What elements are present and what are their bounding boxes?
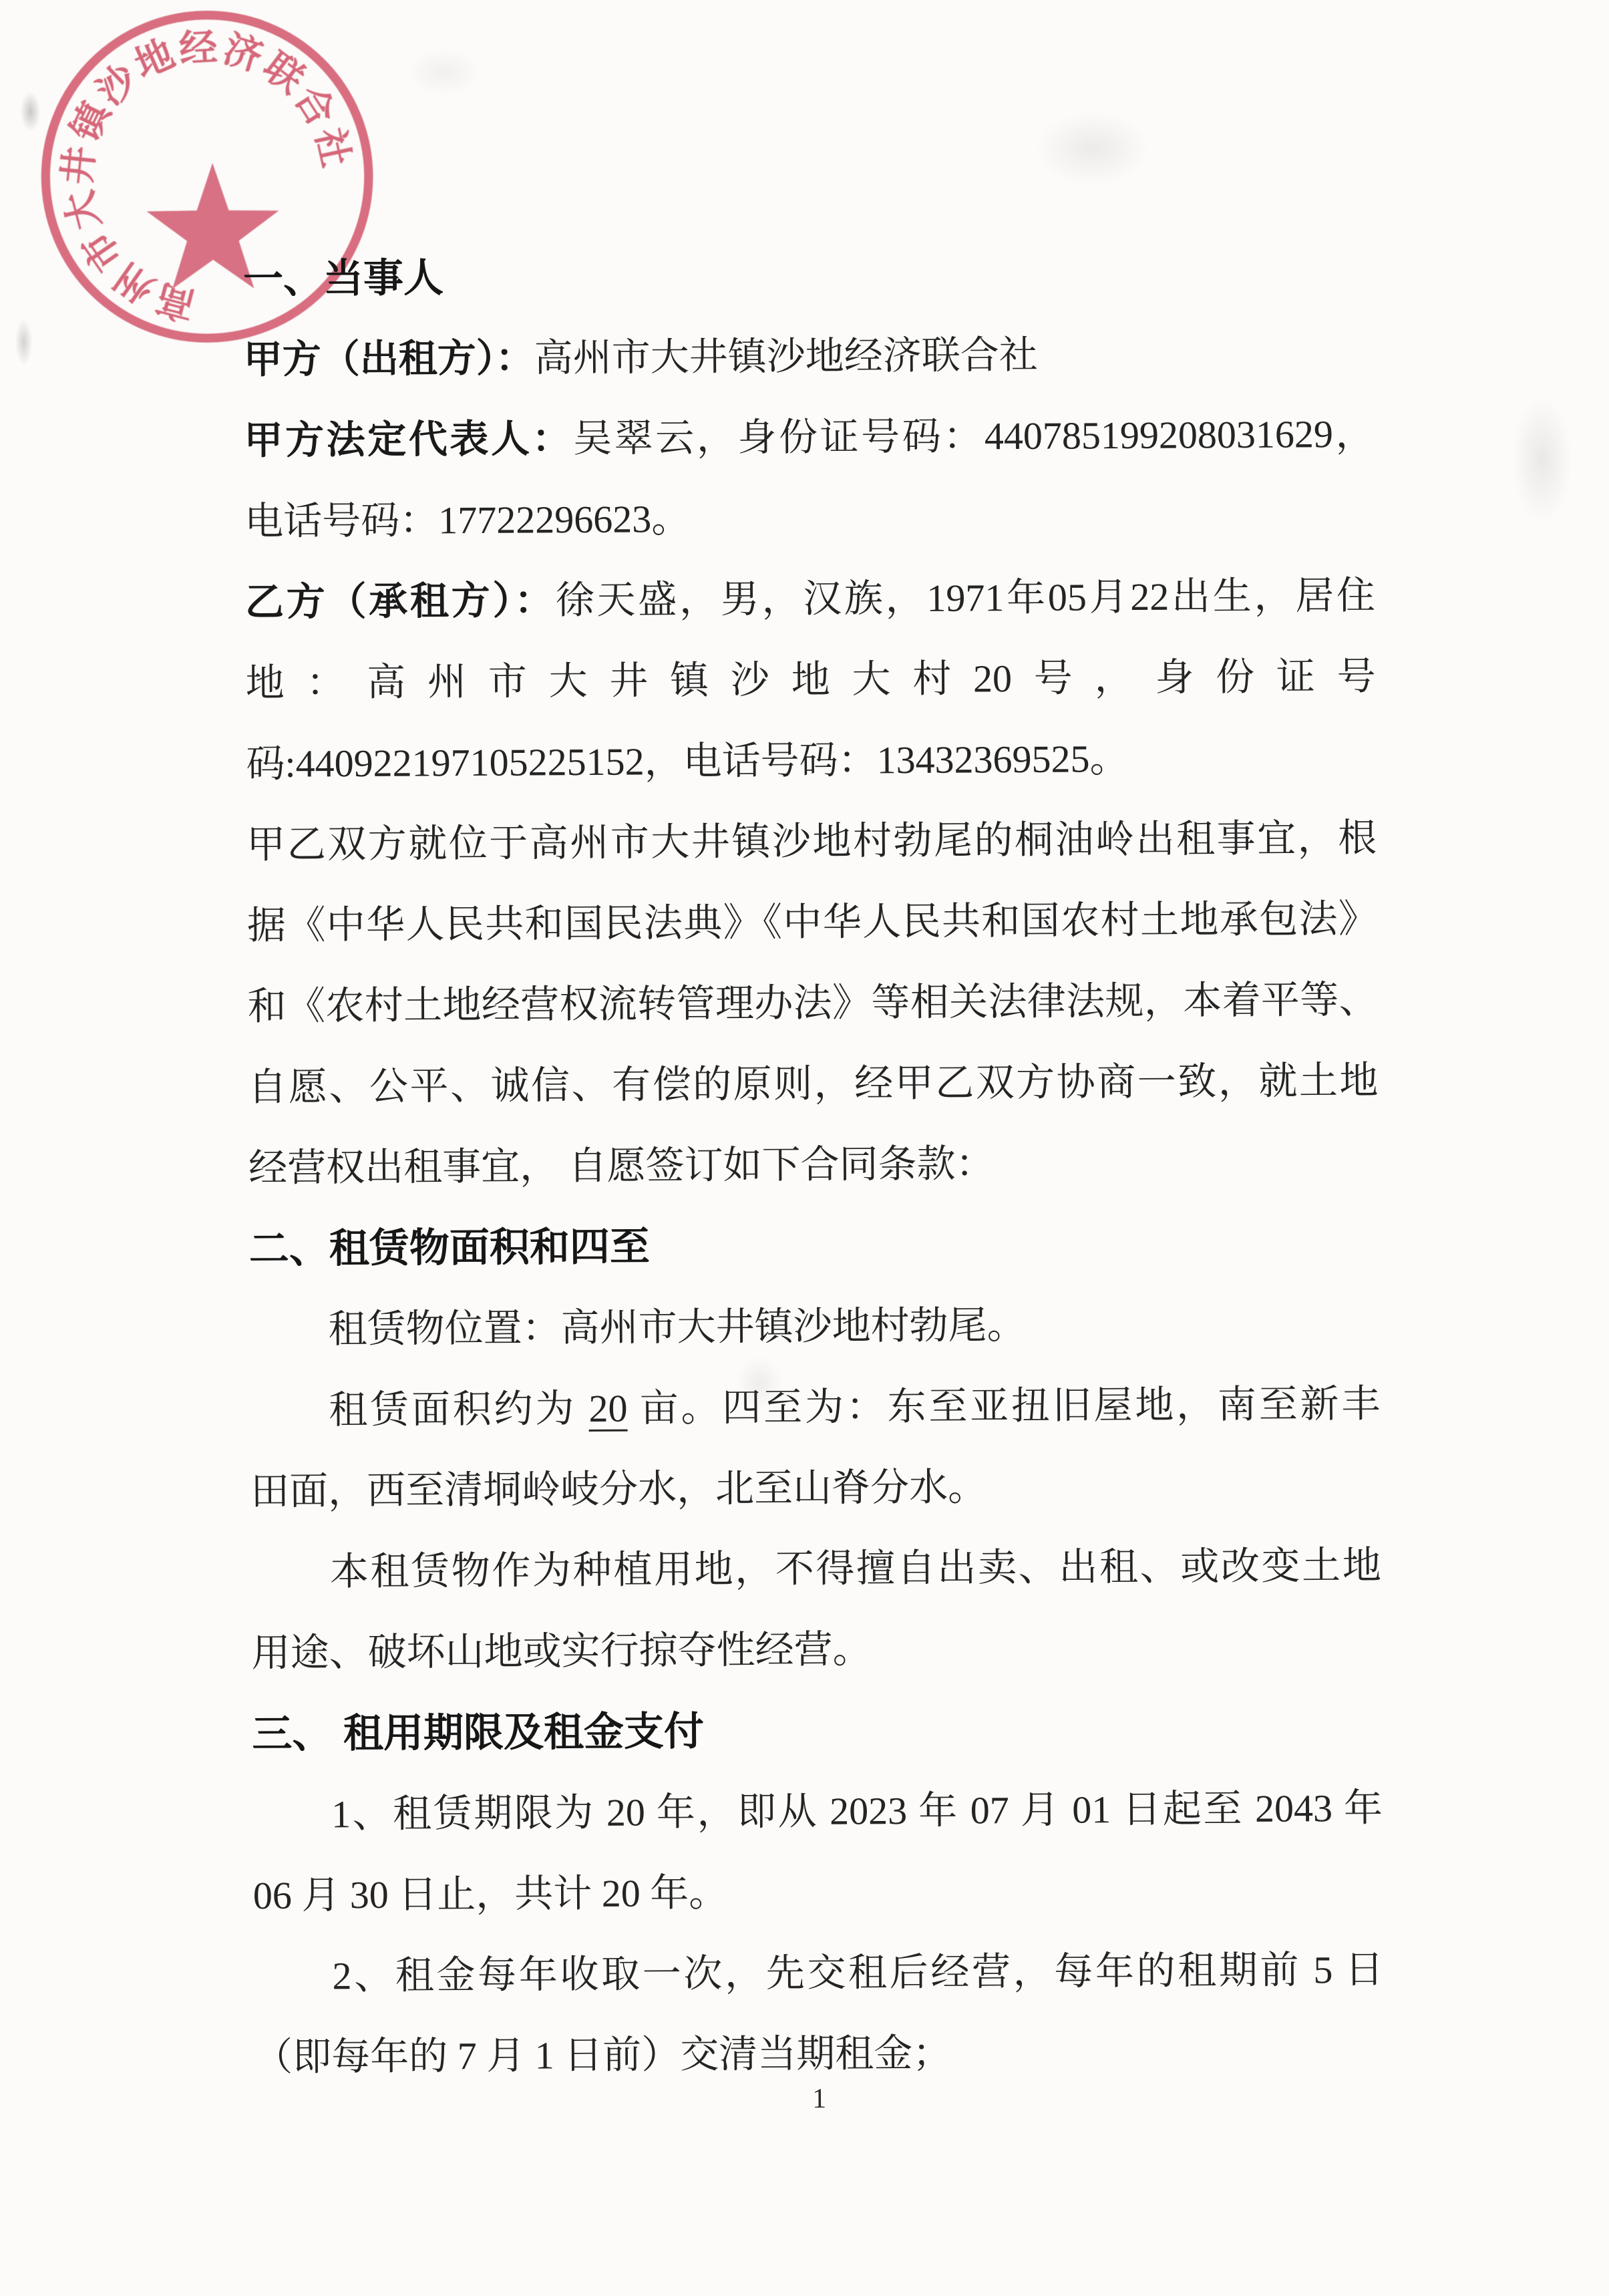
document-line: 1、租赁期限为 20 年，即从 2023 年 07 月 01 日起至 2043 … xyxy=(252,1768,1383,1855)
text-segment: 高州市大井镇沙地经济联合社 xyxy=(534,333,1038,380)
document-line: 06 月 30 日止，共计 20 年。 xyxy=(252,1848,1383,1936)
text-segment: 1、租赁期限为 20 年，即从 2023 年 07 月 01 日起至 2043 … xyxy=(331,1786,1383,1836)
text-segment: 20 xyxy=(588,1387,627,1430)
document-line: 乙方（承租方）：徐天盛，男，汉族，1971年05月22出生，居住 xyxy=(245,555,1376,643)
document-line: 2、租金每年收取一次，先交租后经营，每年的租期前 5 日 xyxy=(253,1929,1384,2017)
text-segment: 甲方法定代表人： xyxy=(244,417,573,462)
text-segment: 2、租金每年收取一次，先交租后经营，每年的租期前 5 日 xyxy=(332,1948,1383,1998)
document-line: 甲乙双方就位于高州市大井镇沙地村勃尾的桐油岭出租事宜，根 xyxy=(246,798,1377,885)
text-segment: 自愿、公平、诚信、有偿的原则，经甲乙双方协商一致，就土地 xyxy=(248,1059,1378,1109)
scan-ink-mark xyxy=(15,319,32,365)
text-segment: 田面，西至清垌岭岐分水，北至山脊分水。 xyxy=(250,1465,987,1513)
text-segment: 地：高州市大井镇沙地大村20号，身份证号 xyxy=(246,655,1376,705)
document-body: 一、当事人甲方（出租方）：高州市大井镇沙地经济联合社甲方法定代表人：吴翠云，身份… xyxy=(243,232,1385,2098)
text-segment: 一、当事人 xyxy=(243,255,443,301)
text-segment: 乙方（承租方）： xyxy=(245,579,556,624)
document-line: 甲方（出租方）：高州市大井镇沙地经济联合社 xyxy=(243,313,1374,400)
scan-smudge xyxy=(1511,396,1572,524)
text-segment: 电话号码：17722296623。 xyxy=(244,497,690,543)
text-segment: 经营权出租事宜， 自愿签订如下合同条款： xyxy=(248,1142,995,1190)
text-segment: 06 月 30 日止，共计 20 年。 xyxy=(253,1871,728,1917)
text-segment: 本租赁物作为种植用地，不得擅自出卖、出租、或改变土地 xyxy=(330,1544,1381,1594)
scan-smudge xyxy=(1036,112,1150,186)
text-segment: 甲乙双方就位于高州市大井镇沙地村勃尾的桐油岭出租事宜，根 xyxy=(246,816,1377,866)
text-segment: 吴翠云，身份证号码：440785199208031629， xyxy=(573,412,1375,460)
text-segment: 用途、破坏山地或实行掠夺性经营。 xyxy=(251,1627,871,1675)
scan-smudge xyxy=(407,49,481,96)
text-segment: 租赁面积约为 xyxy=(329,1387,588,1432)
document-line: 和《农村土地经营权流转管理办法》等相关法律法规，本着平等、 xyxy=(247,959,1378,1047)
document-line: 自愿、公平、诚信、有偿的原则，经甲乙双方协商一致，就土地 xyxy=(248,1040,1379,1128)
text-segment: 码:440922197105225152，电话号码：13432369525。 xyxy=(246,737,1128,786)
document-line: 据《中华人民共和国民法典》《中华人民共和国农村土地承包法》 xyxy=(247,878,1378,966)
document-line: 甲方法定代表人：吴翠云，身份证号码：440785199208031629， xyxy=(244,393,1375,481)
text-segment: 和《农村土地经营权流转管理办法》等相关法律法规，本着平等、 xyxy=(247,978,1377,1028)
document-line: 地：高州市大井镇沙地大村20号，身份证号 xyxy=(245,636,1376,723)
document-line: 码:440922197105225152，电话号码：13432369525。 xyxy=(246,717,1377,804)
text-segment: 三、 租用期限及租金支付 xyxy=(252,1709,704,1756)
text-segment: 徐天盛，男，汉族，1971年05月22出生，居住 xyxy=(556,574,1376,622)
section-heading: 二、租赁物面积和四至 xyxy=(249,1202,1380,1289)
document-line: 田面，西至清垌岭岐分水，北至山脊分水。 xyxy=(250,1444,1381,1532)
section-heading: 一、当事人 xyxy=(243,232,1374,319)
document-line: 本租赁物作为种植用地，不得擅自出卖、出租、或改变土地 xyxy=(250,1525,1381,1613)
document-line: 租赁面积约为 20 亩。四至为：东至亚扭旧屋地，南至新丰 xyxy=(250,1363,1381,1451)
section-heading: 三、 租用期限及租金支付 xyxy=(252,1687,1383,1774)
text-segment: （即每年的 7 月 1 日前）交清当期租金； xyxy=(254,2031,951,2079)
text-segment: 亩。四至为：东至亚扭旧屋地，南至新丰 xyxy=(627,1382,1380,1430)
document-line: 用途、破坏山地或实行掠夺性经营。 xyxy=(251,1606,1382,1693)
document-line: 电话号码：17722296623。 xyxy=(244,474,1375,562)
contract-page: 高州市大井镇沙地经济联合社 一、当事人甲方（出租方）：高州市大井镇沙地经济联合社… xyxy=(0,0,1609,2296)
document-line: 租赁物位置：高州市大井镇沙地村勃尾。 xyxy=(249,1283,1380,1370)
text-segment: 二、租赁物面积和四至 xyxy=(249,1224,650,1271)
text-segment: 甲方（出租方）： xyxy=(244,336,534,381)
page-number: 1 xyxy=(254,2080,1385,2118)
text-segment: 租赁物位置：高州市大井镇沙地村勃尾。 xyxy=(328,1303,1025,1351)
document-line: 经营权出租事宜， 自愿签订如下合同条款： xyxy=(248,1121,1379,1208)
text-segment: 据《中华人民共和国民法典》《中华人民共和国农村土地承包法》 xyxy=(247,897,1377,947)
